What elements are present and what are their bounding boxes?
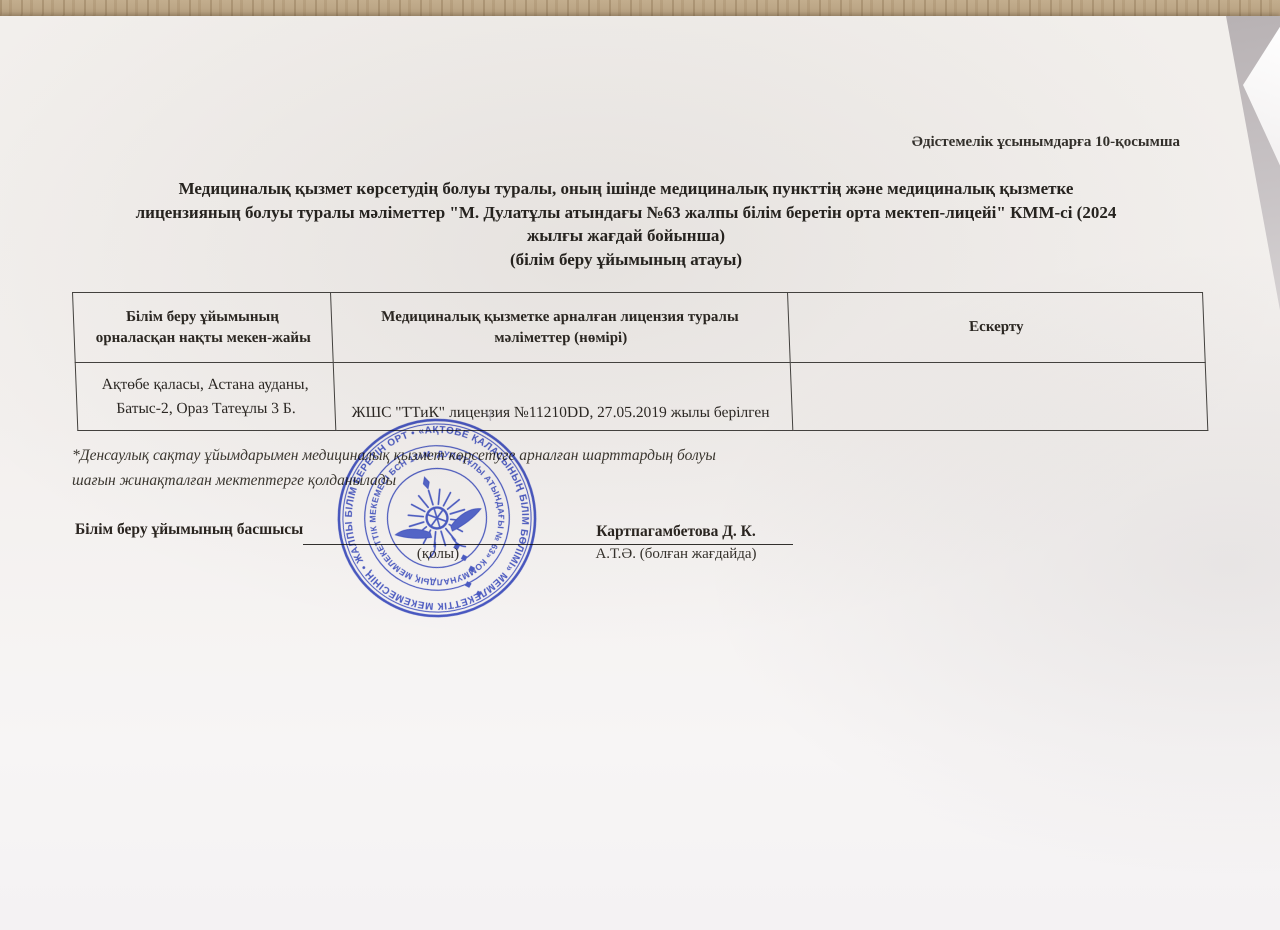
header-cell-note: Ескерту — [788, 293, 1206, 363]
license-info-table: Білім беру ұйымының орналасқан нақты мек… — [72, 292, 1208, 431]
document-title: Медициналық қызмет көрсетудің болуы тура… — [72, 177, 1180, 271]
title-line-4: (білім беру ұйымының атауы) — [72, 248, 1180, 272]
cell-note — [790, 363, 1208, 431]
header-cell-address: Білім беру ұйымының орналасқан нақты мек… — [73, 293, 334, 363]
photo-scene: Әдістемелік ұсынымдарға 10-қосымша Медиц… — [0, 0, 1280, 930]
table-data-row: Ақтөбе қаласы, Астана ауданы, Батыс-2, О… — [75, 363, 1208, 431]
name-caption: А.Т.Ә. (болған жағдайда) — [558, 546, 794, 563]
table-header-row: Білім беру ұйымының орналасқан нақты мек… — [73, 293, 1206, 363]
signatory-name: Картпагамбетова Д. К. — [558, 523, 794, 541]
cell-address: Ақтөбе қаласы, Астана ауданы, Батыс-2, О… — [75, 363, 336, 431]
title-line-3: жылғы жағдай бойынша) — [72, 224, 1180, 248]
header-cell-license: Медициналық қызметке арналған лицензия т… — [331, 293, 791, 363]
title-line-2: лицензияның болуы туралы мәліметтер "М. … — [72, 201, 1180, 225]
document-content: Әдістемелік ұсынымдарға 10-қосымша Медиц… — [0, 0, 1280, 930]
signature-role-label: Білім беру ұйымының басшысы — [75, 521, 303, 539]
appendix-note: Әдістемелік ұсынымдарға 10-қосымша — [72, 134, 1180, 151]
title-line-1: Медициналық қызмет көрсетудің болуы тура… — [72, 177, 1180, 201]
address-line-2: Батыс-2, Ораз Татеұлы 3 Б. — [85, 397, 327, 421]
address-line-1: Ақтөбе қаласы, Астана ауданы, — [84, 373, 326, 397]
